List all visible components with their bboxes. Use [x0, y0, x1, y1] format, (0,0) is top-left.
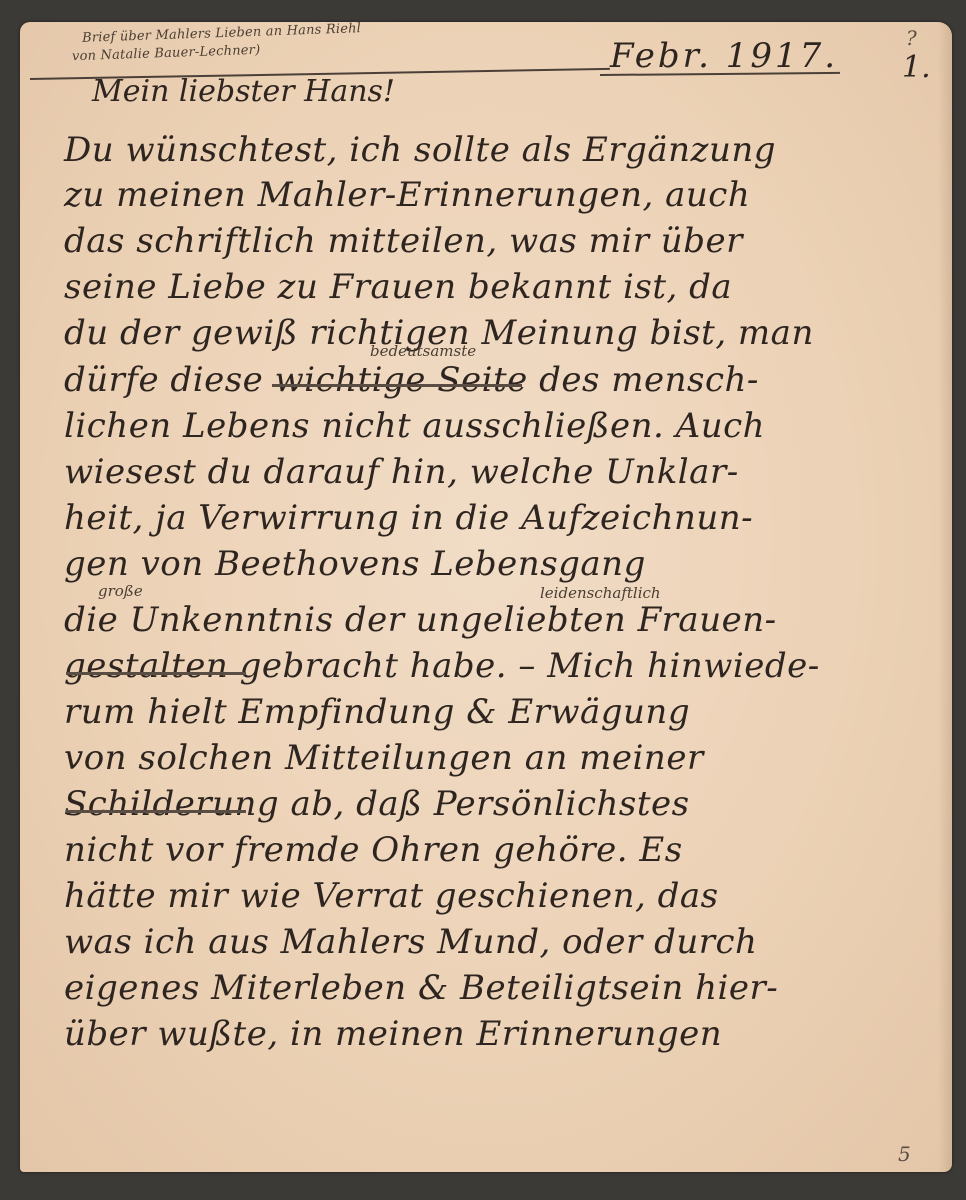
text-line-9: heit, ja Verwirrung in die Aufzeichnun- — [64, 498, 753, 538]
text-line-15: Schilderung ab, daß Persönlichstes — [64, 784, 690, 824]
text-line-13: rum hielt Empfindung & Erwägung — [64, 692, 690, 732]
corner-mark: ? — [906, 26, 917, 50]
archival-note-line-1: Brief über Mahlers Lieben an Hans Riehl — [82, 22, 361, 46]
insertion-above-line-11-left: große — [98, 582, 143, 600]
insertion-above-line-6: bedeutsamste — [370, 342, 476, 360]
letter-page: Brief über Mahlers Lieben an Hans Riehl … — [20, 22, 952, 1172]
text-line-12: gestalten gebracht habe. – Mich hinwiede… — [64, 646, 820, 686]
text-line-17: hätte mir wie Verrat geschienen, das — [64, 876, 719, 916]
strikethrough-line-12 — [66, 672, 246, 675]
text-line-18: was ich aus Mahlers Mund, oder durch — [64, 922, 757, 962]
text-line-11: die Unkenntnis der ungeliebten Frauen- — [64, 600, 777, 640]
text-line-2: zu meinen Mahler-Erinnerungen, auch — [64, 175, 750, 215]
text-line-16: nicht vor fremde Ohren gehöre. Es — [64, 830, 683, 870]
text-line-1: Du wünschtest, ich sollte als Ergänzung — [64, 130, 776, 170]
page-number: 1. — [902, 50, 931, 85]
text-line-6: dürfe diese wichtige Seite des mensch- — [64, 360, 759, 400]
text-line-20: über wußte, in meinen Erinnerungen — [64, 1014, 722, 1054]
text-line-7: lichen Lebens nicht ausschließen. Auch — [64, 406, 765, 446]
text-line-19: eigenes Miterleben & Beteiligtsein hier- — [64, 968, 778, 1008]
text-line-8: wiesest du darauf hin, welche Unklar- — [64, 452, 739, 492]
text-line-4: seine Liebe zu Frauen bekannt ist, da — [64, 267, 732, 307]
bottom-corner-mark: 5 — [898, 1142, 911, 1166]
text-line-14: von solchen Mitteilungen an meiner — [64, 738, 704, 778]
letter-date: Febr. 1917. — [610, 36, 838, 76]
strikethrough-line-6 — [272, 384, 522, 387]
archival-note-line-2: von Natalie Bauer-Lechner) — [72, 43, 261, 65]
text-line-3: das schriftlich mitteilen, was mir über — [64, 221, 743, 261]
greeting: Mein liebster Hans! — [92, 74, 395, 109]
strikethrough-line-15 — [66, 810, 246, 813]
text-line-10: gen von Beethovens Lebensgang — [64, 544, 646, 584]
